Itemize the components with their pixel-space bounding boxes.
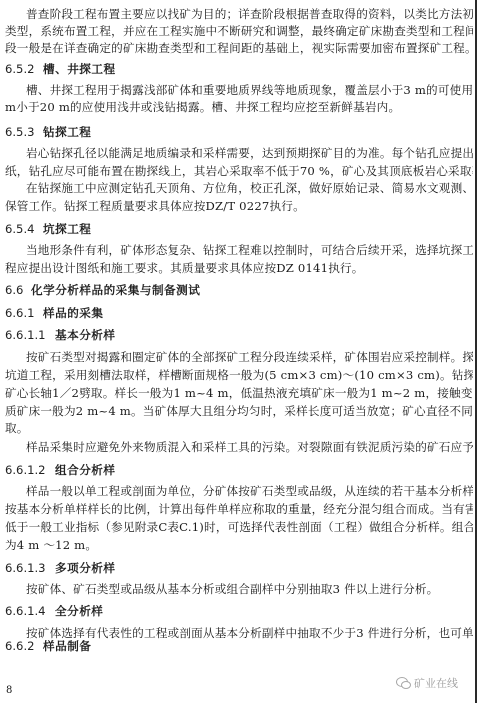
section-number: 6.6 (5, 282, 31, 299)
paragraph-line: 槽、井探工程用于揭露浅部矿体和重要地质界线等地质现象，覆盖层小于3 m的可使用槽… (26, 82, 473, 99)
section-title: 样品的采集 (43, 306, 103, 320)
paragraph-line: 取。 (5, 420, 473, 437)
section-number: 6.5.2 (5, 61, 43, 78)
paragraph-line: 坑道工程，采用刻槽法取样，样槽断面规格一般为(5 cm×3 cm)～(10 cm… (5, 367, 473, 384)
paragraph-line: 样品采集时应避免外来物质混入和采样工具的污染。对裂隙面有铁泥质污染的矿石应予冲洗… (26, 439, 473, 456)
paragraph-line: 保管工作。钻探工程质量要求具体应按DZ/T 0227执行。 (5, 198, 473, 215)
section-number: 6.6.1.3 (5, 560, 55, 577)
section-number: 6.6.1.4 (5, 603, 55, 620)
watermark: 矿业在线 (396, 675, 458, 691)
page-number: 8 (6, 685, 12, 696)
section-title: 基本分析样 (55, 328, 115, 342)
paragraph-line: 岩心钻探孔径以能满足地质编录和采样需要，达到预期探矿目的为准。每个钻孔应提出工程… (26, 145, 473, 162)
section-number: 6.6.1 (5, 305, 43, 322)
paragraph-line: m小于20 m的应使用浅井或浅钻揭露。槽、井探工程均应挖至新鲜基岩内。 (5, 99, 473, 116)
section-title: 全分析样 (55, 604, 103, 618)
document-page: 普查阶段工程布置主要应以找矿为目的；详查阶段根据普查取得的资料，以类比方法初步确… (0, 0, 480, 703)
section-heading-6-6: 6.6化学分析样品的采集与制备测试 (5, 282, 200, 299)
page-edge-rule (475, 0, 477, 703)
paragraph-line: 矿心长轴1／2劈取。样长一般为1 m~4 m，低温热液充填矿床一般为1 m~2 … (5, 385, 473, 402)
paragraph-line: 纸，钻孔应尽可能布置在勘探线上，其岩心采取率不低于70 %，矿心及其顶底板岩心采… (5, 163, 473, 180)
section-number: 6.5.3 (5, 124, 43, 141)
section-title: 钻探工程 (43, 125, 91, 139)
section-heading-6-6-1-1: 6.6.1.1基本分析样 (5, 327, 115, 344)
section-heading-6-6-1-2: 6.6.1.2组合分析样 (5, 462, 115, 479)
section-title: 化学分析样品的采集与制备测试 (31, 283, 200, 297)
section-heading-6-5-2: 6.5.2槽、井探工程 (5, 61, 116, 78)
wechat-icon (396, 677, 410, 689)
section-number: 6.6.1.2 (5, 462, 55, 479)
section-heading-6-5-3: 6.5.3钻探工程 (5, 124, 91, 141)
section-number: 6.5.4 (5, 221, 43, 238)
paragraph-line: 按矿石类型对揭露和圈定矿体的全部探矿工程分段连续采样，矿体围岩应采控制样。探槽、… (26, 349, 473, 366)
section-heading-6-6-1-3: 6.6.1.3多项分析样 (5, 560, 115, 577)
paragraph-line: 低于一般工业指标（参见附录C表C.1)时，可选择代表性剖面（工程）做组合分析样。… (5, 519, 473, 536)
paragraph-line: 普查阶段工程布置主要应以找矿为目的；详查阶段根据普查取得的资料，以类比方法初步确… (26, 6, 473, 23)
section-title: 槽、井探工程 (43, 62, 116, 76)
paragraph-line: 样品一般以单工程或剖面为单位，分矿体按矿石类型或品级，从连续的若干基本分析样品的… (26, 483, 473, 500)
section-heading-6-6-1: 6.6.1样品的采集 (5, 305, 103, 322)
paragraph-line: 当地形条件有利，矿体形态复杂、钻探工程难以控制时，可结合后续开采，选择坑探工程。… (26, 242, 473, 259)
paragraph-line: 类型，系统布置工程，并应在工程实施中不断研究和调整，最终确定矿床勘查类型和工程间… (5, 23, 473, 40)
section-title: 多项分析样 (55, 561, 115, 575)
section-title: 组合分析样 (55, 463, 115, 477)
section-heading-6-5-4: 6.5.4坑探工程 (5, 221, 91, 238)
paragraph-line: 程应提出设计图纸和施工要求。其质量要求具体应按DZ 0141执行。 (5, 260, 473, 277)
section-number: 6.6.2 (5, 638, 43, 655)
section-number: 6.6.1.1 (5, 327, 55, 344)
paragraph-line: 在钻探施工中应测定钻孔天顶角、方位角，校正孔深，做好原始记录、简易水文观测、封孔… (26, 180, 473, 197)
section-title: 样品制备 (43, 639, 91, 653)
watermark-text: 矿业在线 (414, 675, 458, 691)
section-heading-6-6-1-4: 6.6.1.4全分析样 (5, 603, 103, 620)
paragraph-line: 段一般是在详查确定的矿床勘查类型和工程间距的基础上，视实际需要加密布置探矿工程。 (5, 40, 473, 57)
paragraph-line: 质矿床一般为2 m~4 m。当矿体厚大且组分均匀时，采样长度可适当放宽；矿心直径… (5, 403, 473, 420)
section-title: 坑探工程 (43, 222, 91, 236)
paragraph-line: 按矿体选择有代表性的工程或剖面从基本分析副样中抽取不少于3 件进行分析，也可单独… (26, 625, 473, 642)
section-heading-6-6-2: 6.6.2样品制备 (5, 638, 91, 655)
paragraph-line: 按矿体、矿石类型或品级从基本分析或组合副样中分别抽取3 件以上进行分析。 (26, 581, 473, 598)
paragraph-line: 按基本分析单样样长的比例，计算出每件单样应称取的重量，经充分混匀组合而成。当有害… (5, 501, 473, 518)
paragraph-line: 为4 m ～12 m。 (5, 537, 473, 554)
